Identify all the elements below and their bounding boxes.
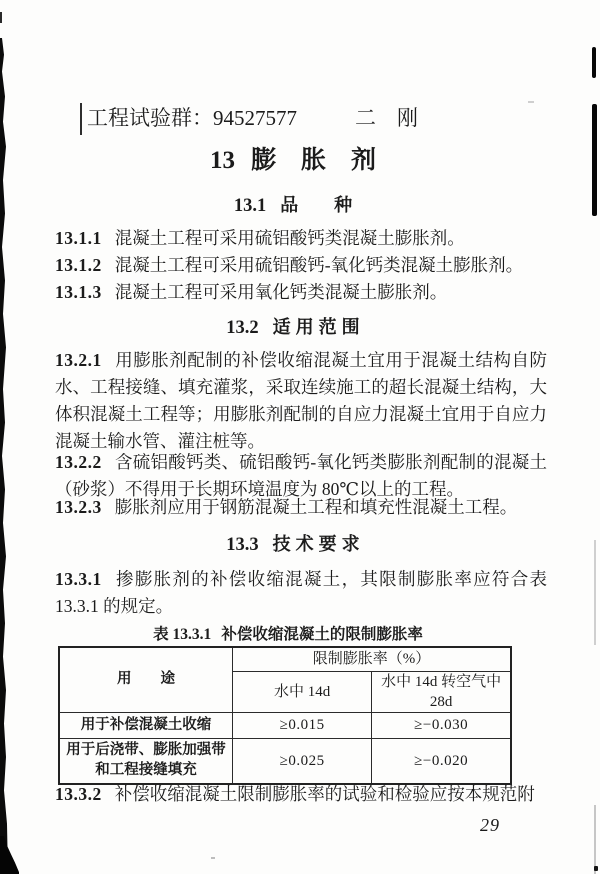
chapter-title-text: 膨 胀 剂: [251, 147, 376, 174]
table-cell-value: ≥−0.030: [372, 713, 511, 739]
scan-mark-right-upper: [592, 47, 596, 78]
clause-13-2-3: 13.2.3膨胀剂应用于钢筋混凝土工程和填充性混凝土工程。: [55, 494, 547, 521]
table-header-water14d: 水中 14d: [233, 671, 372, 713]
table-caption-title: 补偿收缩混凝土的限制膨胀率: [221, 626, 423, 643]
clause-text: 含硫铝酸钙类、硫铝酸钙-氧化钙类膨胀剂配制的混凝土（砂浆）不得用于长期环境温度为…: [55, 452, 547, 499]
table-cell-use: 用于补偿混凝土收缩: [59, 713, 233, 739]
clause-number: 13.3.2: [55, 784, 102, 804]
clause-text: 掺膨胀剂的补偿收缩混凝土，其限制膨胀率应符合表 13.3.1 的规定。: [55, 569, 547, 616]
clause-text: 用膨胀剂配制的补偿收缩混凝土宜用于混凝土结构自防水、工程接缝、填充灌浆，采取连续…: [55, 350, 547, 451]
page-number: 29: [480, 815, 500, 836]
table-row: 用于补偿混凝土收缩 ≥0.015 ≥−0.030: [59, 713, 511, 739]
clause-number: 13.2.3: [55, 497, 102, 517]
scan-edge-right-faint-line: [594, 540, 596, 645]
clause-13-1-3: 13.1.3混凝土工程可采用氧化钙类混凝土膨胀剂。: [55, 279, 547, 306]
scan-speck: [211, 857, 215, 859]
table-cell-value: ≥0.015: [233, 713, 372, 739]
scan-dot-bottom-right: [594, 866, 598, 871]
table-header-group: 限制膨胀率（%）: [233, 647, 512, 671]
section-title: 适 用 范 围: [273, 317, 360, 337]
chapter-title: 13膨 胀 剂: [0, 140, 586, 176]
clause-13-1-1: 13.1.1混凝土工程可采用硫铝酸钙类混凝土膨胀剂。: [55, 225, 547, 252]
overlay-vertical-bar: [80, 103, 82, 135]
clause-text: 混凝土工程可采用硫铝酸钙类混凝土膨胀剂。: [115, 228, 465, 248]
clause-number: 13.3.1: [55, 569, 102, 589]
table-header-use: 用 途: [59, 647, 233, 713]
table-cell-use: 用于后浇带、膨胀加强带 和工程接缝填充: [59, 739, 233, 784]
clause-number: 13.1.1: [55, 228, 102, 248]
section-heading-13-1: 13.1品 种: [0, 191, 586, 217]
scan-mark-right-lower: [592, 104, 597, 216]
expansion-rate-table: 用 途 限制膨胀率（%） 水中 14d 水中 14d 转空气中 28d 用于补偿…: [58, 646, 512, 785]
clause-13-1-2: 13.1.2混凝土工程可采用硫铝酸钙-氧化钙类混凝土膨胀剂。: [55, 252, 547, 279]
clause-number: 13.2.1: [55, 350, 102, 370]
section-title: 技 术 要 求: [273, 534, 360, 554]
scanned-document-page: 工程试验群：94527577二 刚 13膨 胀 剂 13.1品 种 13.1.1…: [0, 0, 600, 874]
table-cell-use-line1: 用于后浇带、膨胀加强带: [60, 741, 232, 761]
section-number: 13.2: [226, 318, 258, 338]
clause-number: 13.2.2: [55, 452, 102, 472]
chapter-number: 13: [210, 147, 235, 174]
clause-text: 补偿收缩混凝土限制膨胀率的试验和检验应按本规范附: [115, 784, 535, 804]
table-cell-use-line2: 和工程接缝填充: [60, 761, 232, 781]
table-header-air28d: 水中 14d 转空气中 28d: [372, 671, 511, 713]
clause-number: 13.1.2: [55, 255, 102, 275]
clause-13-3-1: 13.3.1掺膨胀剂的补偿收缩混凝土，其限制膨胀率应符合表 13.3.1 的规定…: [55, 566, 547, 620]
overlay-watermark-line: 工程试验群：94527577二 刚: [87, 102, 418, 134]
overlay-name-text: 二 刚: [355, 106, 418, 130]
clause-number: 13.1.3: [55, 282, 102, 302]
section-title: 品 种: [280, 195, 352, 215]
table-cell-value: ≥−0.020: [372, 739, 511, 784]
clause-text: 混凝土工程可采用氧化钙类混凝土膨胀剂。: [115, 282, 448, 302]
scan-blob-bottom-left: [0, 836, 19, 874]
clause-13-2-1: 13.2.1用膨胀剂配制的补偿收缩混凝土宜用于混凝土结构自防水、工程接缝、填充灌…: [55, 347, 547, 455]
section-heading-13-2: 13.2适 用 范 围: [0, 313, 586, 339]
table-caption-number: 表 13.3.1: [153, 626, 211, 643]
clause-text: 膨胀剂应用于钢筋混凝土工程和填充性混凝土工程。: [115, 497, 518, 517]
overlay-group-text: 工程试验群：94527577: [87, 106, 297, 130]
section-number: 13.3: [226, 535, 258, 555]
section-number: 13.1: [234, 196, 266, 216]
table-caption: 表 13.3.1补偿收缩混凝土的限制膨胀率: [0, 622, 576, 644]
table-cell-value: ≥0.025: [233, 739, 372, 784]
clause-text: 混凝土工程可采用硫铝酸钙-氧化钙类混凝土膨胀剂。: [115, 255, 523, 275]
scan-mark-top-left: [0, 12, 2, 23]
clause-13-3-2: 13.3.2补偿收缩混凝土限制膨胀率的试验和检验应按本规范附: [55, 781, 547, 808]
scan-edge-right-faint-line: [594, 805, 596, 874]
section-heading-13-3: 13.3技 术 要 求: [0, 530, 586, 556]
scan-speck: [528, 101, 534, 103]
table-row: 用于后浇带、膨胀加强带 和工程接缝填充 ≥0.025 ≥−0.020: [59, 739, 511, 784]
